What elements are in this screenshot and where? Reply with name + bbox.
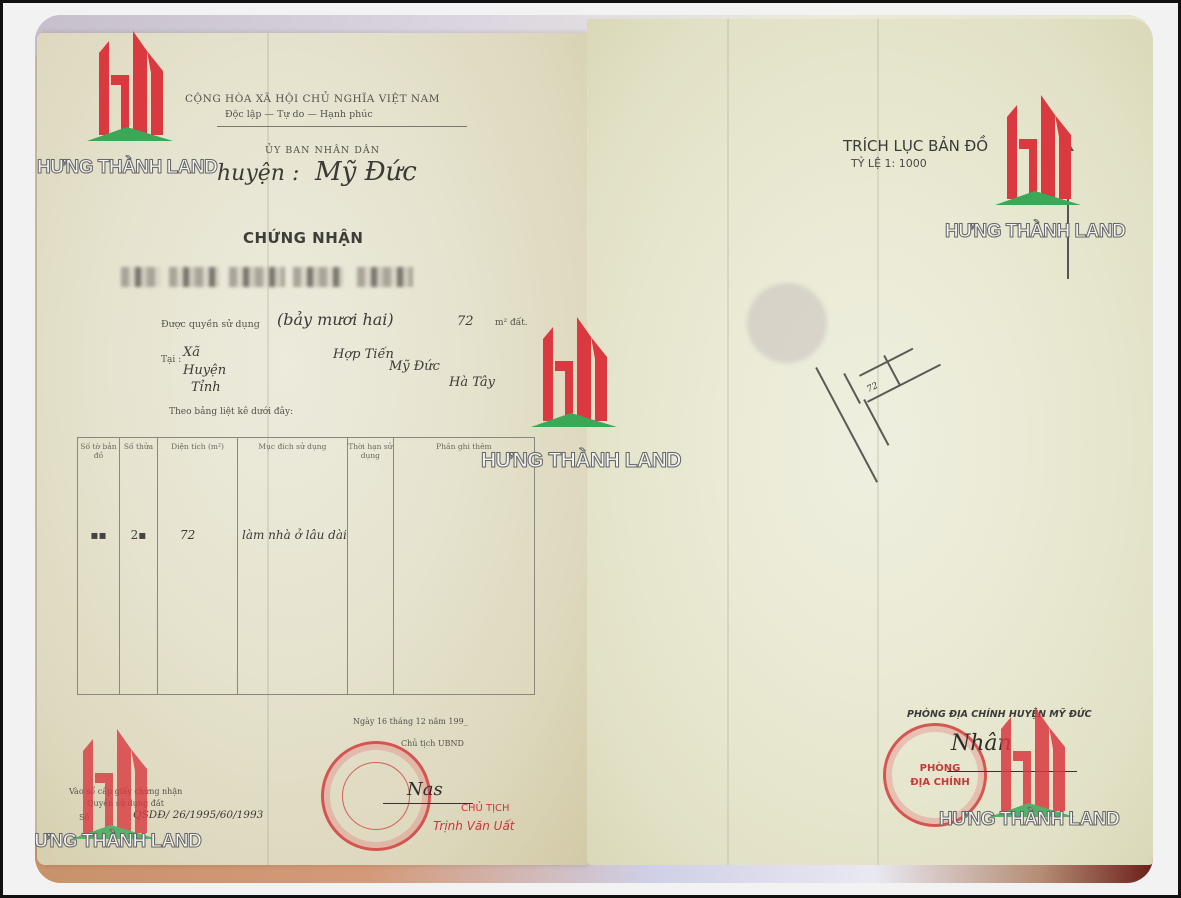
commune-label: Xã: [183, 345, 200, 360]
chairman-name: Trịnh Văn Uất: [433, 819, 515, 833]
watermark-text: HƯNG THÀNH LAND: [481, 449, 661, 473]
land-ledger-table: Số tờ bản đồ Số thửa Diện tích (m²) Mục …: [77, 437, 535, 695]
watermark-text: HƯNG THÀNH LAND: [945, 221, 1125, 243]
watermark-text: HƯNG THÀNH LAND: [939, 809, 1119, 831]
col-header: Số tờ bản đồ: [78, 438, 120, 472]
signer-title: Chủ tịch UBND: [401, 739, 464, 748]
col-header: Diện tích (m²): [158, 438, 238, 472]
committee-label: ỦY BAN NHÂN DÂN: [265, 145, 380, 156]
cell-note: [393, 472, 534, 695]
parcel-boundary: [843, 373, 861, 404]
area-number: 72: [457, 314, 474, 329]
chairman-signature: Nas: [407, 779, 443, 800]
screenshot-frame: CỘNG HÒA XÃ HỘI CHỦ NGHĨA VIỆT NAM Độc l…: [3, 3, 1178, 895]
redacted-name: [293, 267, 343, 287]
signature-line: [383, 803, 473, 804]
cell-sheet: ▪▪: [78, 472, 120, 695]
cell-term: [347, 472, 393, 695]
table-row: ▪▪ 2▪ 72 làm nhà ở lâu dài: [78, 472, 535, 695]
redacted-name: [229, 267, 285, 287]
paper-fold: [727, 19, 729, 865]
cell-purpose: làm nhà ở lâu dài: [238, 472, 348, 695]
watermark-top-left: HƯNG THÀNH LAND: [37, 23, 217, 183]
location-label: Tại :: [161, 355, 181, 365]
province-label: Tỉnh: [191, 380, 221, 395]
certificate-title: CHỨNG NHẬN: [243, 229, 363, 247]
list-intro: Theo bảng liệt kê dưới đây:: [169, 407, 293, 417]
redacted-name: [121, 267, 161, 287]
col-header: Số thửa: [120, 438, 158, 472]
commune-value: Hợp Tiến: [333, 347, 394, 362]
chairman-label: CHỦ TỊCH: [461, 803, 510, 814]
cell-parcel: 2▪: [120, 472, 158, 695]
map-scale: TỶ LỆ 1: 1000: [851, 157, 927, 170]
redacted-name: [357, 267, 413, 287]
district-label: Huyện: [183, 363, 226, 378]
district-value: Mỹ Đức: [389, 359, 440, 374]
faded-stamp: [747, 283, 827, 363]
watermark-bottom-right: HƯNG THÀNH LAND: [939, 699, 1119, 859]
watermark-text: HƯNG THÀNH LAND: [35, 831, 201, 853]
redacted-name: [169, 267, 219, 287]
usage-label: Được quyền sử dụng: [161, 319, 260, 330]
area-in-words: (bảy mươi hai): [277, 310, 394, 329]
col-header: Mục đích sử dụng: [238, 438, 348, 472]
district-name: Mỹ Đức: [315, 157, 417, 187]
date-line: Ngày 16 tháng 12 năm 199_: [353, 717, 468, 726]
country-header: CỘNG HÒA XÃ HỘI CHỦ NGHĨA VIỆT NAM: [185, 93, 440, 105]
district-prefix: huyện :: [217, 161, 299, 186]
cell-area: 72: [158, 472, 238, 695]
ht-logo-icon: [37, 23, 217, 153]
ht-logo-icon: [481, 309, 661, 439]
motto: Độc lập — Tự do — Hạnh phúc: [225, 109, 373, 120]
watermark-center: HƯNG THÀNH LAND: [481, 309, 661, 469]
ht-logo-icon: [945, 87, 1125, 217]
col-header: Thời hạn sử dụng: [347, 438, 393, 472]
header-rule: [217, 126, 467, 127]
document-photo: CỘNG HÒA XÃ HỘI CHỦ NGHĨA VIỆT NAM Độc l…: [35, 15, 1153, 883]
watermark-top-right: HƯNG THÀNH LAND: [945, 87, 1125, 247]
watermark-bottom-left: HƯNG THÀNH LAND: [35, 721, 201, 881]
watermark-text: HƯNG THÀNH LAND: [37, 157, 217, 179]
